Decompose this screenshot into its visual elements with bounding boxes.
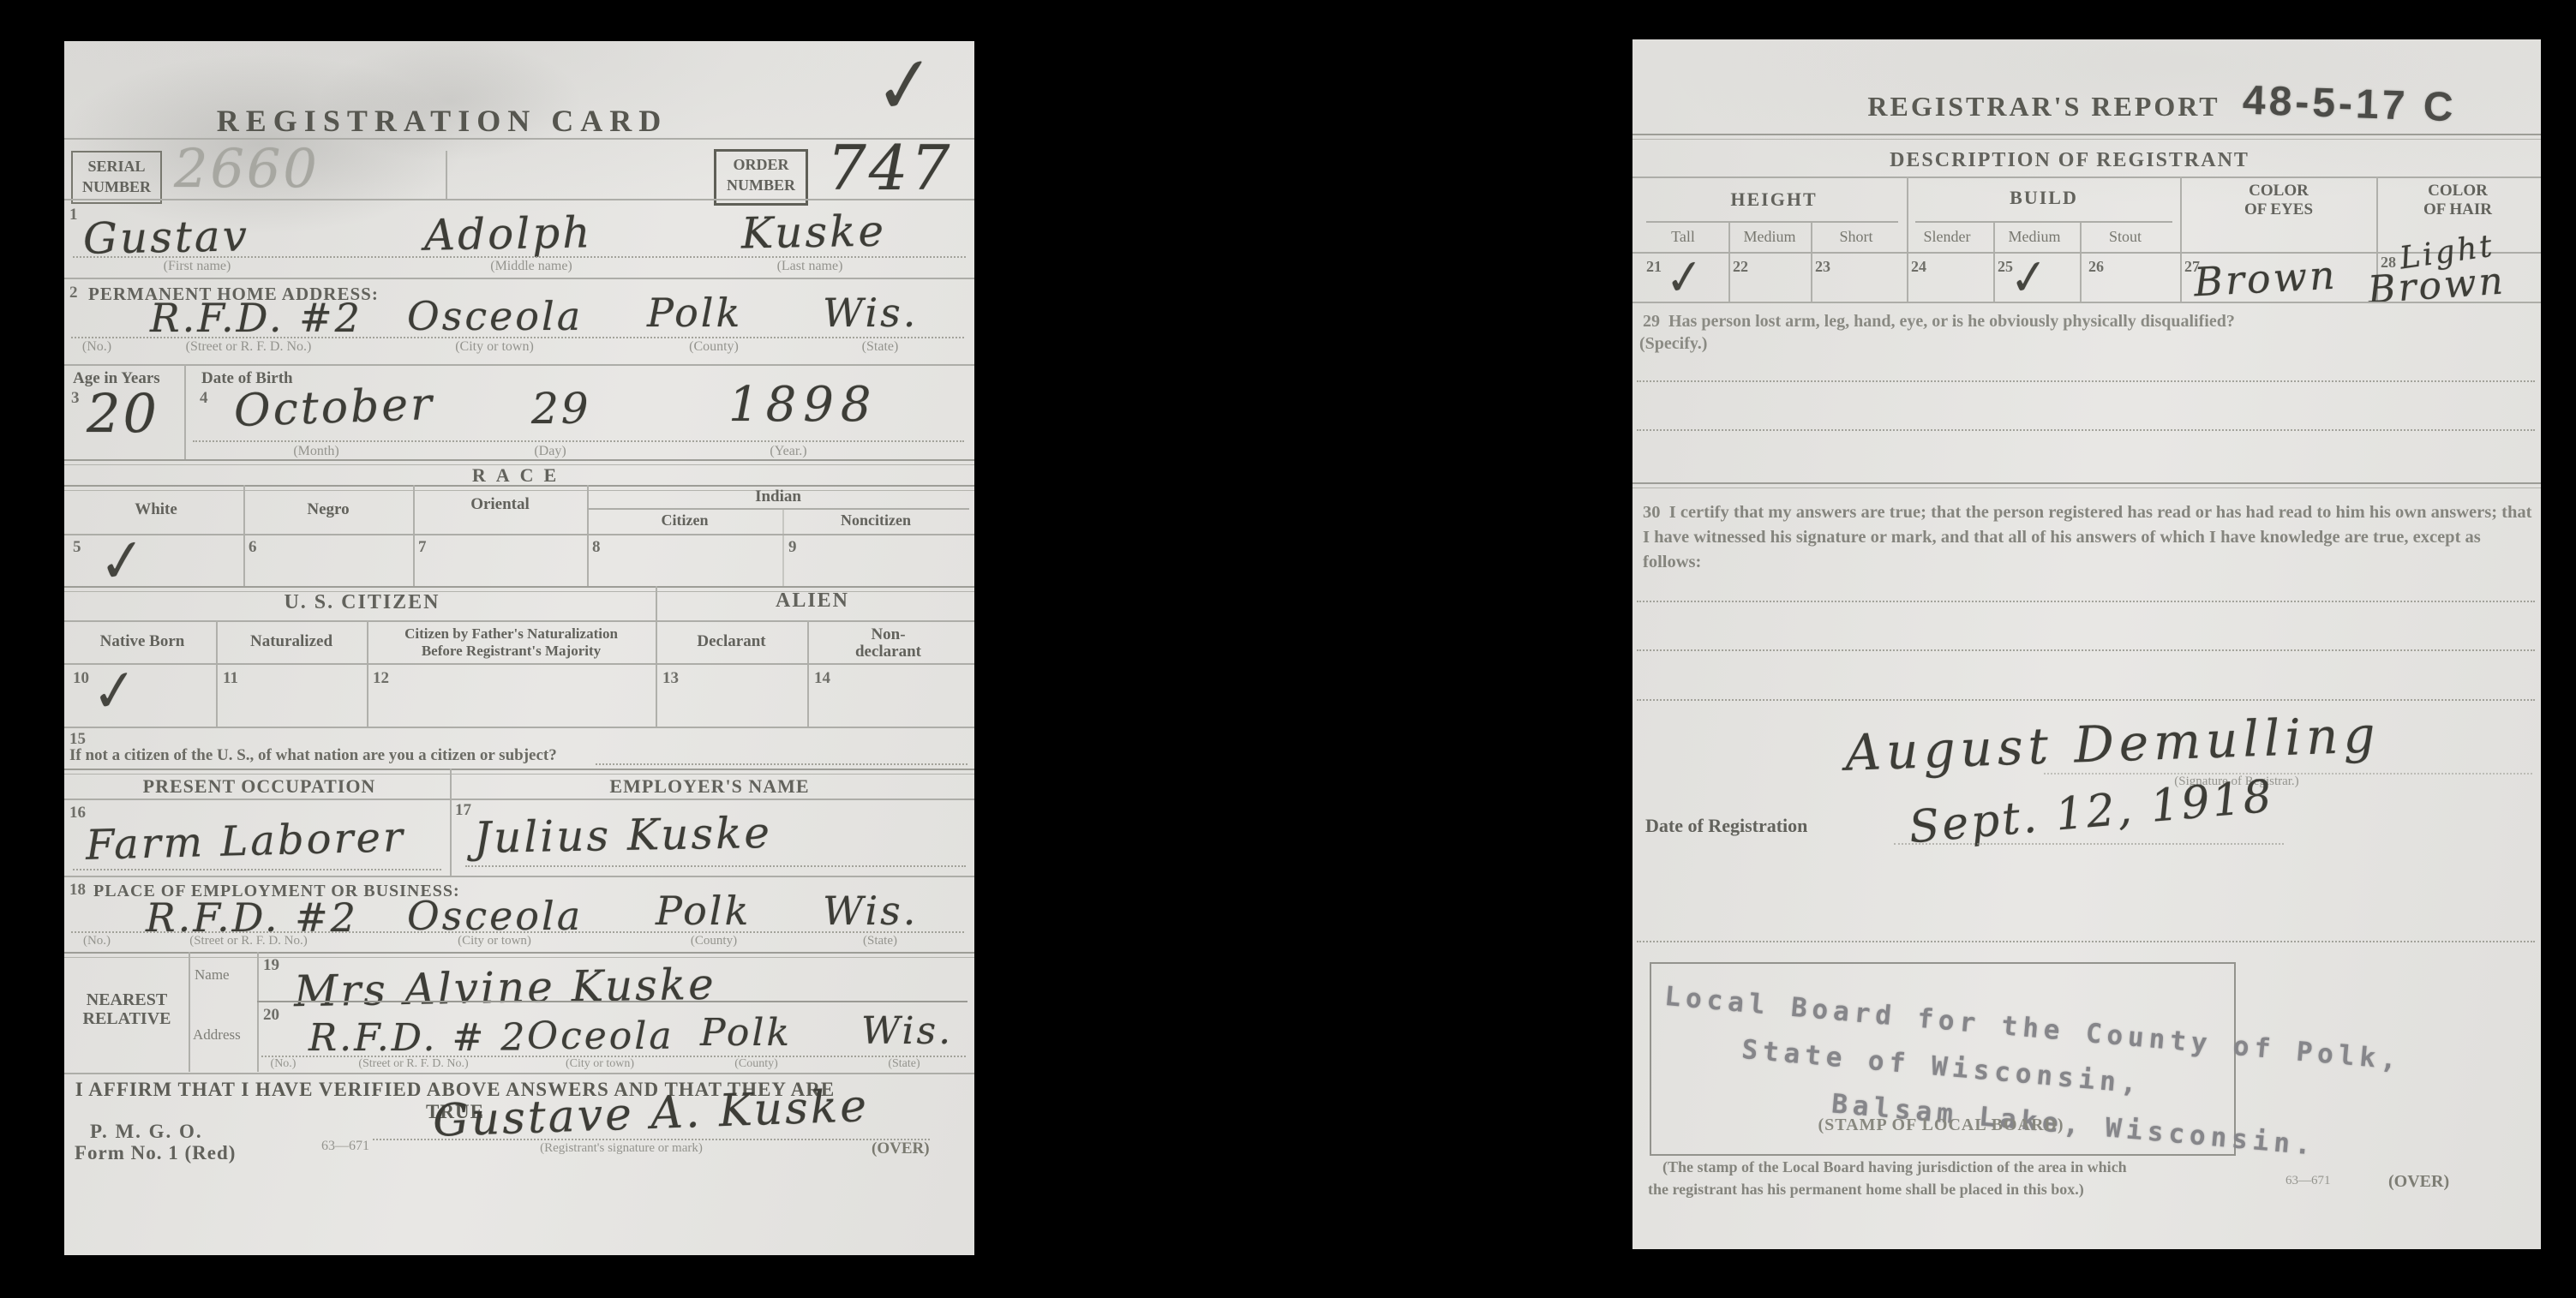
order-number-value: 747 [827,132,952,204]
item-number-19: 19 [263,956,279,975]
relative-address-county: Polk [700,1011,792,1055]
item-number-10: 10 [73,669,89,688]
order-number-label-1: ORDER [716,154,806,176]
race-header: RACE [64,464,974,487]
order-number-box: ORDER NUMBER [714,149,808,206]
citizen-by-father-label-1: Citizen by Father's Naturalization [367,625,656,643]
native-born-checkmark: ✓ [90,655,142,727]
print-code: 63—671 [321,1139,369,1154]
race-indian-label: Indian [587,487,969,506]
middle-name-value: Adolph [424,207,593,260]
slender-subheader: Slender [1908,228,1986,246]
dob-month-value: October [233,379,435,437]
non-declarant-label-1: Non- [807,625,969,644]
employment-state-sublabel: (State) [812,934,949,948]
item-number-30: 30 [1643,503,1661,522]
item-number-13: 13 [662,669,679,688]
review-checkmark: ✓ [872,37,941,134]
home-address-county: Polk [647,290,742,336]
registrar-signature-value: August Demulling [1844,705,2381,782]
dob-month-sublabel: (Month) [252,444,380,459]
relative-no-sublabel: (No.) [260,1057,307,1071]
item-number-21: 21 [1646,258,1662,276]
item-number-11: 11 [223,669,238,688]
us-citizen-header: U. S. CITIZEN [69,591,656,614]
over-label: (OVER) [872,1139,930,1158]
board-stamp-number: 48-5-17 C [2242,77,2457,132]
dob-year-sublabel: (Year.) [724,444,853,459]
color-of-hair-header-1: COLOR [2376,182,2539,200]
relative-address-city: Oceola [527,1014,674,1058]
relative-city-sublabel: (City or town) [527,1057,673,1071]
relative-county-sublabel: (County) [686,1057,827,1071]
date-of-registration-label: Date of Registration [1645,815,1807,837]
relative-name-label: Name [195,966,230,984]
item-number-22: 22 [1733,258,1748,276]
relative-address-label: Address [193,1026,241,1044]
build-medium-checkmark: ✓ [2008,247,2052,308]
color-of-hair-header-2: OF HAIR [2376,200,2539,219]
item-number-26: 26 [2088,258,2104,276]
serial-number-label-2: NUMBER [73,177,160,196]
height-group-header: HEIGHT [1645,188,1902,211]
address-street-sublabel: (Street or R. F. D. No.) [163,339,334,355]
over-label: (OVER) [2388,1172,2449,1192]
address-city-sublabel: (City or town) [409,339,580,355]
item-number-4: 4 [200,389,208,408]
dob-day-value: 29 [531,384,591,434]
serial-number-label-1: SERIAL [73,155,160,177]
height-tall-checkmark: ✓ [1663,247,1708,308]
order-number-label-2: NUMBER [716,176,806,194]
form-number-label: Form No. 1 (Red) [75,1142,236,1164]
address-county-sublabel: (County) [628,339,800,355]
alien-header: ALIEN [656,589,969,613]
item-number-17: 17 [455,801,471,820]
serial-number-value: 2660 [174,137,320,200]
citizen-by-father-label-2: Before Registrant's Majority [367,643,656,660]
tall-subheader: Tall [1644,228,1722,246]
home-address-city: Osceola [407,293,583,339]
last-name-sublabel: (Last name) [724,259,896,274]
employment-county-sublabel: (County) [628,934,800,948]
dob-day-sublabel: (Day) [486,444,614,459]
card-title: REGISTRATION CARD [64,103,820,139]
employment-no-sublabel: (No.) [71,934,123,948]
employment-city-sublabel: (City or town) [409,934,580,948]
item-number-1: 1 [69,206,78,224]
race-oriental-label: Oriental [413,495,587,514]
stamp-note-line-2: the registrant has his permanent home sh… [1648,1181,2084,1199]
certification-text: I certify that my answers are true; that… [1643,503,2531,571]
middle-name-sublabel: (Middle name) [446,259,617,274]
employment-state: Wis. [823,888,918,934]
item-number-7: 7 [418,538,427,557]
stamp-note-line-1: (The stamp of the Local Board having jur… [1662,1158,2127,1176]
nearest-relative-label-2: RELATIVE [71,1009,183,1029]
occupation-value: Farm Laborer [85,813,405,870]
item-number-9: 9 [788,538,797,557]
eye-color-value: Brown [2193,252,2339,306]
item-number-24: 24 [1911,258,1926,276]
relative-state-sublabel: (State) [840,1057,968,1071]
specify-label: (Specify.) [1639,334,1707,354]
first-name-sublabel: (First name) [111,259,283,274]
height-medium-subheader: Medium [1731,228,1808,246]
age-value: 20 [87,382,159,445]
short-subheader: Short [1818,228,1895,246]
description-header: DESCRIPTION OF REGISTRANT [1881,149,2258,172]
registration-card: REGISTRATION CARD ✓ SERIAL NUMBER 2660 O… [64,41,974,1255]
employers-name-header: EMPLOYER'S NAME [450,775,969,798]
item-number-14: 14 [814,669,830,688]
item-number-2: 2 [69,284,78,302]
item-number-6: 6 [249,538,257,557]
naturalized-label: Naturalized [216,632,367,651]
relative-address-state: Wis. [861,1009,953,1053]
relative-address-rfd: R.F.D. # 2 [309,1016,527,1060]
color-of-eyes-header-2: OF EYES [2190,200,2368,219]
item-number-18: 18 [69,881,86,900]
nation-question-text: If not a citizen of the U. S., of what n… [69,746,557,765]
item-number-3: 3 [71,389,80,408]
color-of-eyes-header-1: COLOR [2190,182,2368,200]
address-no-sublabel: (No.) [71,339,123,355]
date-of-registration-value: Sept. 12, 1918 [1907,770,2276,853]
native-born-label: Native Born [69,632,216,651]
present-occupation-header: PRESENT OCCUPATION [69,775,450,798]
employment-street-sublabel: (Street or R. F. D. No.) [163,934,334,948]
disqualified-question-text: Has person lost arm, leg, hand, eye, or … [1668,312,2235,331]
dob-year-value: 1898 [728,377,878,433]
serial-number-box: SERIAL NUMBER [71,151,162,204]
item-number-5: 5 [73,538,81,557]
relative-name-value: Mrs Alvine Kuske [294,960,717,1017]
home-address-state: Wis. [823,290,918,336]
race-indian-noncitizen-label: Noncitizen [782,511,969,529]
home-address-rfd: R.F.D. #2 [150,295,362,341]
item-number-29: 29 [1643,312,1660,331]
build-medium-subheader: Medium [1996,228,2073,246]
item-number-12: 12 [373,669,389,688]
hair-color-value-2: Brown [2366,259,2507,312]
stout-subheader: Stout [2087,228,2164,246]
item-number-8: 8 [592,538,601,557]
relative-street-sublabel: (Street or R. F. D. No.) [321,1057,506,1071]
last-name-value: Kuske [741,206,887,259]
registrars-report-card: REGISTRAR'S REPORT 48-5-17 C DESCRIPTION… [1632,39,2541,1249]
race-indian-citizen-label: Citizen [587,511,782,529]
registrant-signature-sublabel: (Registrant's signature or mark) [450,1141,793,1156]
pmgo-label: P. M. G. O. [90,1121,203,1143]
non-declarant-label-2: declarant [807,643,969,661]
item-number-20: 20 [263,1006,279,1025]
stamp-box-caption: (STAMP OF LOCAL BOARD) [1701,1116,2181,1135]
declarant-label: Declarant [656,632,807,651]
employment-county: Polk [656,888,751,934]
race-negro-label: Negro [243,500,413,519]
build-group-header: BUILD [1915,187,2172,209]
race-white-label: White [69,500,243,519]
item-number-16: 16 [69,804,86,822]
address-state-sublabel: (State) [812,339,949,355]
item-number-23: 23 [1815,258,1830,276]
print-code: 63—671 [2285,1174,2331,1188]
nearest-relative-label-1: NEAREST [71,990,183,1010]
employer-value: Julius Kuske [474,808,773,863]
card-title: REGISTRAR'S REPORT [1855,91,2232,123]
